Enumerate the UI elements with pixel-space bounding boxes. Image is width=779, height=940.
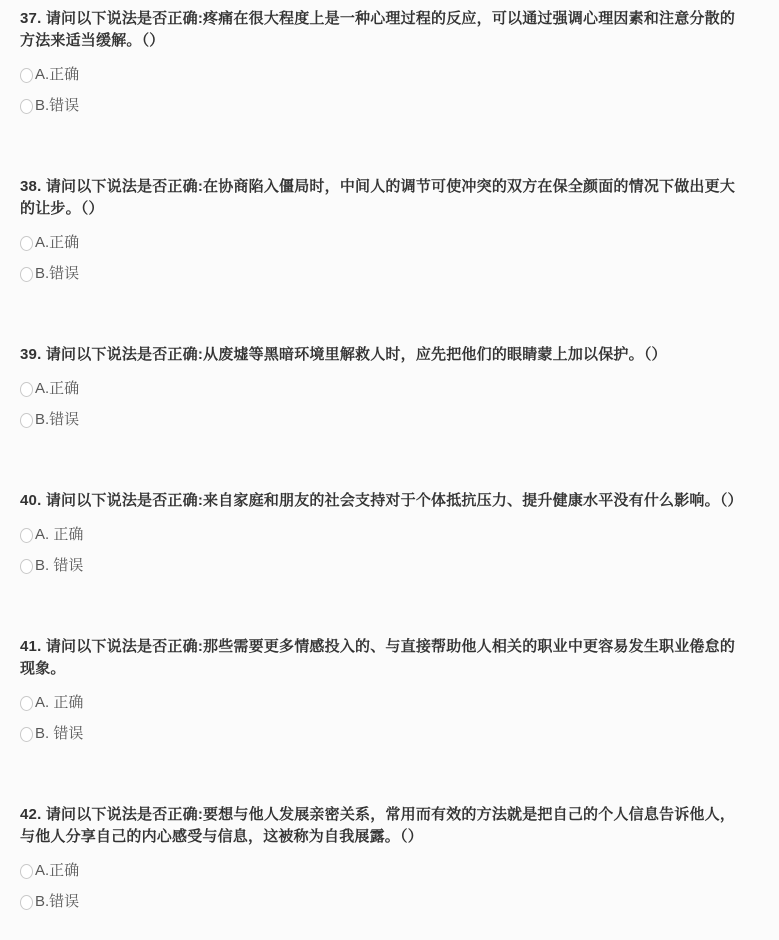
option-label[interactable]: A.正确 <box>35 235 79 251</box>
question-block: 42. 请问以下说法是否正确:要想与他人发展亲密关系，常用而有效的方法就是把自己… <box>20 804 743 910</box>
radio-button-icon[interactable] <box>20 559 33 574</box>
option-label[interactable]: B. 错误 <box>35 558 83 574</box>
option-group: A.正确 B.错误 <box>20 381 743 428</box>
quiz-question-list: 37. 请问以下说法是否正确:疼痛在很大程度上是一种心理过程的反应，可以通过强调… <box>20 8 743 910</box>
question-block: 41. 请问以下说法是否正确:那些需要更多情感投入的、与直接帮助他人相关的职业中… <box>20 636 743 742</box>
answer-option[interactable]: B.错误 <box>20 894 79 910</box>
option-label[interactable]: A. 正确 <box>35 527 83 543</box>
question-title: 40. 请问以下说法是否正确:来自家庭和朋友的社会支持对于个体抵抗压力、提升健康… <box>20 490 743 512</box>
option-group: A. 正确 B. 错误 <box>20 695 743 742</box>
question-block: 38. 请问以下说法是否正确:在协商陷入僵局时，中间人的调节可使冲突的双方在保全… <box>20 176 743 282</box>
question-title: 41. 请问以下说法是否正确:那些需要更多情感投入的、与直接帮助他人相关的职业中… <box>20 636 743 680</box>
question-title: 39. 请问以下说法是否正确:从废墟等黑暗环境里解救人时，应先把他们的眼睛蒙上加… <box>20 344 743 366</box>
answer-option[interactable]: A. 正确 <box>20 695 83 711</box>
radio-button-icon[interactable] <box>20 864 33 879</box>
question-block: 39. 请问以下说法是否正确:从废墟等黑暗环境里解救人时，应先把他们的眼睛蒙上加… <box>20 344 743 428</box>
answer-option[interactable]: B.错误 <box>20 266 79 282</box>
question-block: 40. 请问以下说法是否正确:来自家庭和朋友的社会支持对于个体抵抗压力、提升健康… <box>20 490 743 574</box>
option-label[interactable]: A.正确 <box>35 381 79 397</box>
option-label[interactable]: B. 错误 <box>35 726 83 742</box>
answer-option[interactable]: B. 错误 <box>20 558 83 574</box>
option-label[interactable]: B.错误 <box>35 894 79 910</box>
option-label[interactable]: B.错误 <box>35 412 79 428</box>
option-label[interactable]: B.错误 <box>35 98 79 114</box>
radio-button-icon[interactable] <box>20 68 33 83</box>
question-title: 37. 请问以下说法是否正确:疼痛在很大程度上是一种心理过程的反应，可以通过强调… <box>20 8 743 52</box>
radio-button-icon[interactable] <box>20 382 33 397</box>
radio-button-icon[interactable] <box>20 696 33 711</box>
option-label[interactable]: B.错误 <box>35 266 79 282</box>
option-group: A.正确 B.错误 <box>20 67 743 114</box>
answer-option[interactable]: B.错误 <box>20 98 79 114</box>
option-label[interactable]: A. 正确 <box>35 695 83 711</box>
answer-option[interactable]: A. 正确 <box>20 527 83 543</box>
option-group: A.正确 B.错误 <box>20 235 743 282</box>
question-title: 38. 请问以下说法是否正确:在协商陷入僵局时，中间人的调节可使冲突的双方在保全… <box>20 176 743 220</box>
answer-option[interactable]: B.错误 <box>20 412 79 428</box>
radio-button-icon[interactable] <box>20 895 33 910</box>
radio-button-icon[interactable] <box>20 413 33 428</box>
radio-button-icon[interactable] <box>20 267 33 282</box>
answer-option[interactable]: A.正确 <box>20 863 79 879</box>
radio-button-icon[interactable] <box>20 236 33 251</box>
option-group: A.正确 B.错误 <box>20 863 743 910</box>
radio-button-icon[interactable] <box>20 727 33 742</box>
answer-option[interactable]: B. 错误 <box>20 726 83 742</box>
question-title: 42. 请问以下说法是否正确:要想与他人发展亲密关系，常用而有效的方法就是把自己… <box>20 804 743 848</box>
option-label[interactable]: A.正确 <box>35 67 79 83</box>
radio-button-icon[interactable] <box>20 528 33 543</box>
radio-button-icon[interactable] <box>20 99 33 114</box>
answer-option[interactable]: A.正确 <box>20 235 79 251</box>
option-group: A. 正确 B. 错误 <box>20 527 743 574</box>
answer-option[interactable]: A.正确 <box>20 381 79 397</box>
answer-option[interactable]: A.正确 <box>20 67 79 83</box>
option-label[interactable]: A.正确 <box>35 863 79 879</box>
question-block: 37. 请问以下说法是否正确:疼痛在很大程度上是一种心理过程的反应，可以通过强调… <box>20 8 743 114</box>
